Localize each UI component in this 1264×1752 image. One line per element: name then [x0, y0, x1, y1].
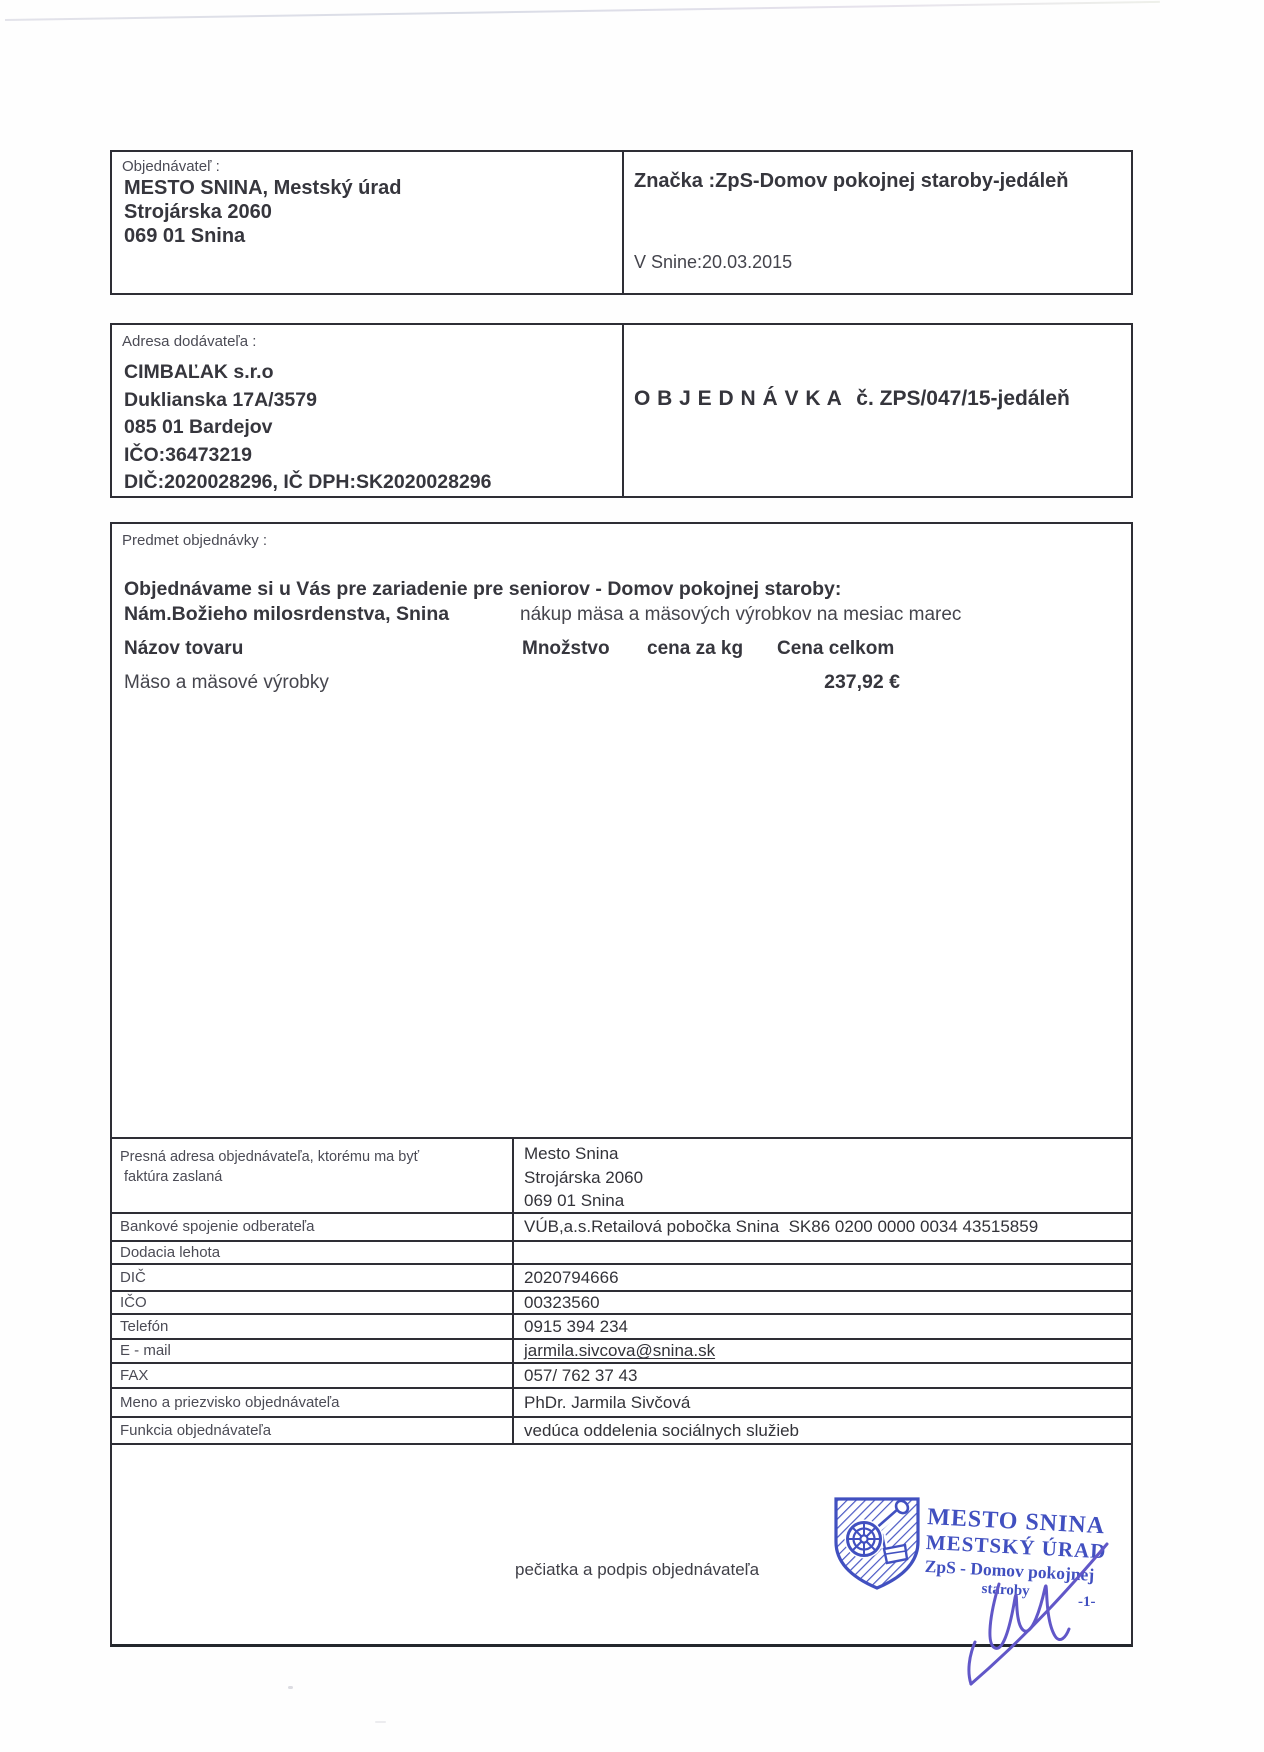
table-row: FAX 057/ 762 37 43 — [112, 1364, 1131, 1389]
row-label: Meno a priezvisko objednávateľa — [112, 1389, 514, 1416]
row-label: Bankové spojenie odberateľa — [112, 1214, 514, 1240]
subject-intro: Objednávame si u Vás pre zariadenie pre … — [124, 578, 841, 601]
column-divider — [622, 152, 624, 293]
row-value: VÚB,a.s.Retailová pobočka Snina SK86 020… — [514, 1214, 1131, 1240]
place-and-date: V Snine:20.03.2015 — [634, 252, 792, 273]
supplier-box: Adresa dodávateľa : CIMBAĽAK s.r.o Dukli… — [110, 323, 1133, 498]
supplier-address: CIMBAĽAK s.r.o Duklianska 17A/3579 085 0… — [124, 359, 491, 497]
scan-smudge — [375, 1721, 386, 1723]
table-row: Dodacia lehota — [112, 1242, 1131, 1265]
email-value: jarmila.sivcova@snina.sk — [514, 1340, 1131, 1362]
table-row: Funkcia objednávateľa vedúca oddelenia s… — [112, 1418, 1131, 1445]
city-coat-of-arms-icon — [832, 1496, 922, 1597]
row-value: Mesto Snina Strojárska 2060 069 01 Snina — [514, 1139, 1131, 1212]
row-value: vedúca oddelenia sociálnych služieb — [514, 1418, 1131, 1443]
item-name: Mäso a mäsové výrobky — [124, 672, 329, 694]
row-value: PhDr. Jarmila Sivčová — [514, 1389, 1131, 1416]
column-header-quantity: Množstvo — [522, 638, 610, 660]
table-row: Bankové spojenie odberateľa VÚB,a.s.Reta… — [112, 1214, 1131, 1242]
order-number: č. ZPS/047/15-jedáleň — [856, 387, 1070, 410]
table-row: DIČ 2020794666 — [112, 1265, 1131, 1292]
orderer-label: Objednávateľ : — [122, 158, 220, 175]
subject-box: Predmet objednávky : Objednávame si u Vá… — [110, 522, 1133, 1139]
order-title: O B J E D N Á V K A — [634, 387, 842, 410]
reference-mark: Značka :ZpS-Domov pokojnej staroby-jedál… — [634, 170, 1069, 193]
row-value: 0915 394 234 — [514, 1315, 1131, 1338]
subject-note: nákup mäsa a mäsových výrobkov na mesiac… — [520, 604, 961, 626]
table-row: Presná adresa objednávateľa, ktorému ma … — [112, 1139, 1131, 1214]
row-label: Dodacia lehota — [112, 1242, 514, 1263]
item-total: 237,92 € — [752, 671, 900, 694]
table-row: E - mail jarmila.sivcova@snina.sk — [112, 1340, 1131, 1364]
column-divider — [622, 325, 624, 496]
order-heading: O B J E D N Á V K Ač. ZPS/047/15-jedáleň — [634, 387, 1070, 411]
orderer-box: Objednávateľ : MESTO SNINA, Mestský úrad… — [110, 150, 1133, 295]
table-row: IČO 00323560 — [112, 1292, 1131, 1315]
column-header-unit-price: cena za kg — [647, 638, 743, 660]
column-header-total: Cena celkom — [777, 638, 894, 660]
row-label: Funkcia objednávateľa — [112, 1418, 514, 1443]
supplier-label: Adresa dodávateľa : — [122, 333, 256, 350]
row-label: E - mail — [112, 1340, 514, 1362]
table-row: Telefón 0915 394 234 — [112, 1315, 1131, 1340]
column-header-name: Názov tovaru — [124, 638, 243, 660]
row-label: IČO — [112, 1292, 514, 1313]
stamp-caption: pečiatka a podpis objednávateľa — [515, 1560, 759, 1580]
scan-smudge — [288, 1686, 293, 1689]
row-value: 00323560 — [514, 1292, 1131, 1313]
subject-address: Nám.Božieho milosrdenstva, Snina — [124, 603, 449, 626]
row-value: 2020794666 — [514, 1265, 1131, 1290]
row-label: Presná adresa objednávateľa, ktorému ma … — [112, 1139, 514, 1212]
table-row: Meno a priezvisko objednávateľa PhDr. Ja… — [112, 1389, 1131, 1418]
orderer-address: MESTO SNINA, Mestský úrad Strojárska 206… — [124, 176, 401, 248]
scanned-order-document: Objednávateľ : MESTO SNINA, Mestský úrad… — [0, 0, 1264, 1752]
row-label: DIČ — [112, 1265, 514, 1290]
scan-artifact-line — [5, 1, 1160, 21]
row-value — [514, 1242, 1131, 1263]
row-label: FAX — [112, 1364, 514, 1387]
handwritten-signature — [945, 1538, 1120, 1698]
row-label: Telefón — [112, 1315, 514, 1338]
row-value: 057/ 762 37 43 — [514, 1364, 1131, 1387]
subject-label: Predmet objednávky : — [122, 532, 267, 549]
